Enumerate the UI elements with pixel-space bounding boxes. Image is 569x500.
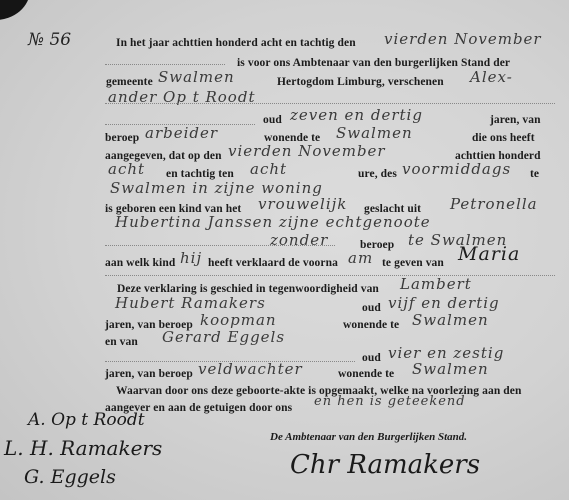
- handwritten-child-name: Maria: [458, 243, 520, 265]
- handwritten-declarant: Alex-: [470, 68, 513, 86]
- handwritten-witness1-residence: Swalmen: [412, 311, 489, 329]
- signature-official: Chr Ramakers: [290, 450, 480, 480]
- handwritten-residence: Swalmen: [336, 124, 413, 142]
- handwritten-suffix: am: [348, 249, 373, 267]
- signature-witness2: G. Eggels: [24, 466, 116, 488]
- printed-line: wonende te: [343, 319, 399, 331]
- printed-line: gemeente: [106, 76, 153, 88]
- handwritten-sex: vrouwelijk: [258, 195, 347, 213]
- signature-witness1: L. H. Ramakers: [4, 436, 162, 460]
- birth-record-page: № 56 In het jaar achttien honderd acht e…: [0, 0, 569, 500]
- handwritten-witness1-occupation: koopman: [200, 311, 277, 329]
- handwritten-birth-date: vierden November: [228, 142, 386, 160]
- record-number: № 56: [28, 30, 71, 50]
- handwritten-witness1: Hubert Ramakers: [115, 294, 266, 312]
- printed-line: te: [530, 168, 539, 180]
- signature-declarant: A. Op t Roodt: [28, 410, 145, 430]
- handwritten-time-of-day: voormiddags: [402, 160, 511, 178]
- handwritten-witness2-residence: Swalmen: [412, 360, 489, 378]
- printed-line: wonende te: [338, 368, 394, 380]
- official-title: De Ambtenaar van den Burgerlijken Stand.: [270, 431, 467, 443]
- dotted-rule: [105, 64, 225, 65]
- handwritten-witness1: Lambert: [400, 275, 472, 293]
- printed-line: jaren, van: [490, 114, 541, 126]
- printed-line: oud: [362, 302, 381, 314]
- handwritten-mother: Hubertina Janssen zijne echtgenoote: [115, 213, 431, 231]
- handwritten-hour: acht: [250, 160, 287, 178]
- handwritten-age: zeven en dertig: [290, 106, 423, 124]
- handwritten-witness2-occupation: veldwachter: [198, 360, 303, 378]
- handwritten-pronoun: hij: [180, 249, 202, 267]
- printed-line: oud: [263, 114, 282, 126]
- printed-line: In het jaar achttien honderd acht en tac…: [116, 37, 356, 49]
- handwritten-municipality: Swalmen: [158, 68, 235, 86]
- handwritten-mother-occupation: zonder: [270, 231, 328, 249]
- handwritten-signed-note: en hen is geteekend: [314, 394, 466, 409]
- printed-line: ure, des: [358, 168, 397, 180]
- printed-line: die ons heeft: [472, 132, 535, 144]
- handwritten-witness2: Gerard Eggels: [162, 328, 285, 346]
- dotted-rule: [105, 275, 555, 276]
- handwritten-date: vierden November: [384, 30, 542, 48]
- printed-line: heeft verklaard de voorna: [208, 257, 338, 269]
- scan-shadow: [0, 0, 30, 20]
- handwritten-witness1-age: vijf en dertig: [388, 294, 500, 312]
- printed-line: Hertogdom Limburg, verschenen: [277, 76, 444, 88]
- handwritten-year: acht: [108, 160, 145, 178]
- printed-line: en van: [105, 336, 138, 348]
- printed-line: aan welk kind: [105, 257, 175, 269]
- handwritten-occupation: arbeider: [145, 124, 218, 142]
- handwritten-mother: Petronella: [450, 195, 538, 213]
- printed-line: oud: [362, 352, 381, 364]
- printed-line: jaren, van beroep: [105, 368, 193, 380]
- dotted-rule: [105, 103, 555, 104]
- printed-line: te geven van: [382, 257, 444, 269]
- printed-line: beroep: [105, 132, 139, 144]
